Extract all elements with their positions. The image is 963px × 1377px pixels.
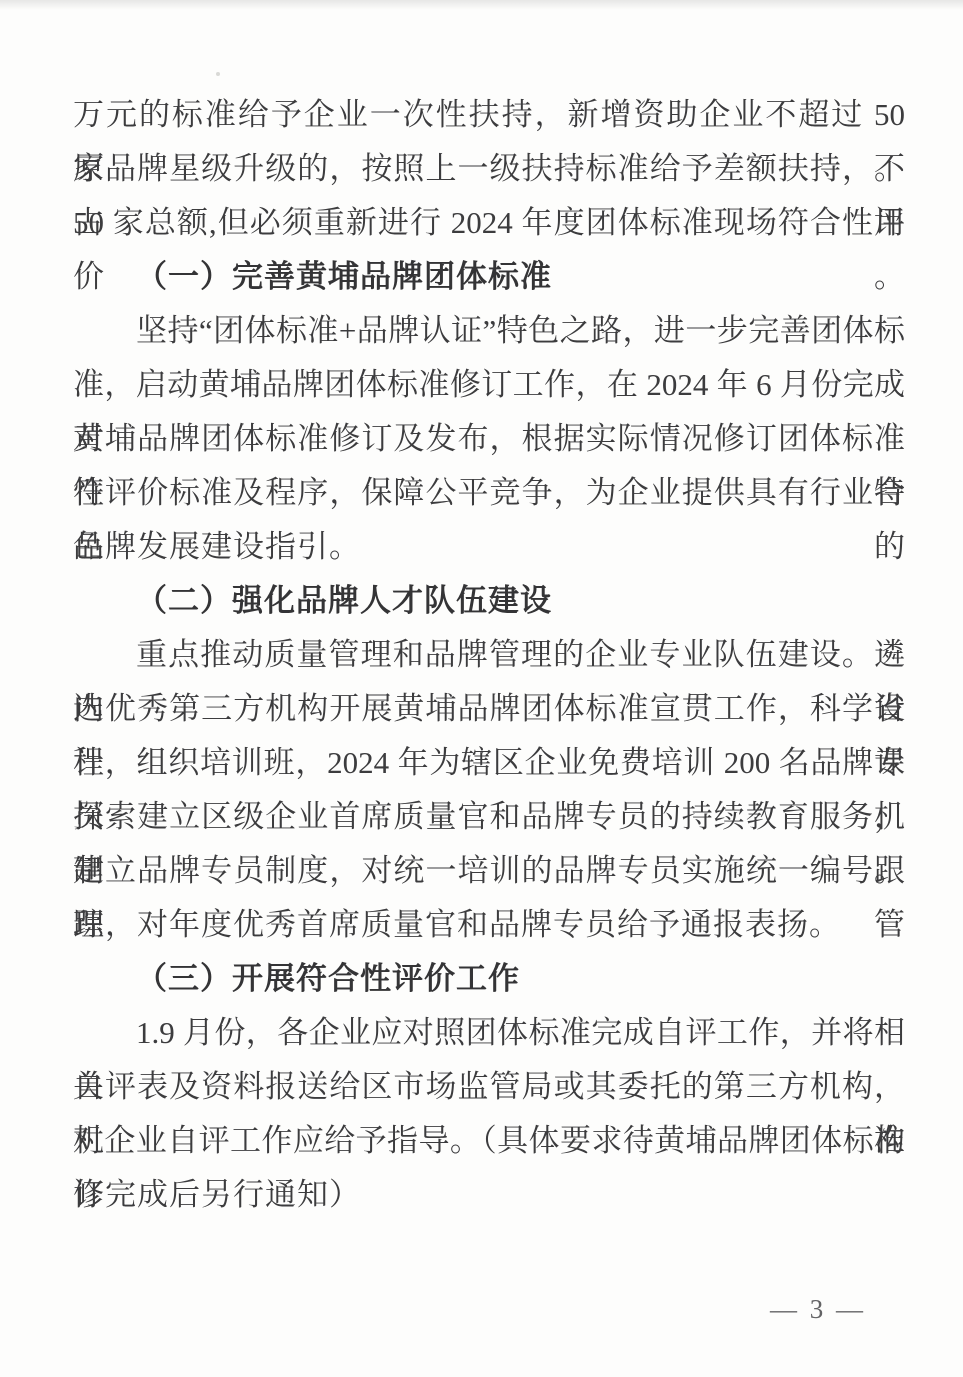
text-line: 探索建立区级企业首席质量官和品牌专员的持续教育服务机制。	[73, 790, 905, 844]
text-line: 原品牌星级升级的，按照上一级扶持标准给予差额扶持，不占用	[73, 142, 905, 196]
text-line: 理，对年度优秀首席质量官和品牌专员给予通报表扬。	[73, 898, 905, 952]
document-body: 万元的标准给予企业一次性扶持，新增资助企业不超过 50 家。原品牌星级升级的，按…	[73, 88, 905, 1222]
text-line: 自评表及资料报送给区市场监管局或其委托的第三方机构，机构	[73, 1060, 905, 1114]
text-line: 内优秀第三方机构开展黄埔品牌团体标准宣贯工作，科学设计课	[73, 682, 905, 736]
text-line: 建立品牌专员制度，对统一培训的品牌专员实施统一编号跟踪管	[73, 844, 905, 898]
text-line: 准，启动黄埔品牌团体标准修订工作，在 2024 年 6 月份完成对	[73, 358, 905, 412]
text-line: 性评价标准及程序，保障公平竞争，为企业提供具有行业特色的	[73, 466, 905, 520]
text-line: 1.9 月份，各企业应对照团体标准完成自评工作，并将相关	[73, 1006, 905, 1060]
document-page: 万元的标准给予企业一次性扶持，新增资助企业不超过 50 家。原品牌星级升级的，按…	[0, 0, 963, 1377]
text-line: 万元的标准给予企业一次性扶持，新增资助企业不超过 50 家。	[73, 88, 905, 142]
text-line: 黄埔品牌团体标准修订及发布，根据实际情况修订团体标准符合	[73, 412, 905, 466]
text-line: 50 家总额,但必须重新进行 2024 年度团体标准现场符合性评价。	[73, 196, 905, 250]
text-line: 订完成后另行通知）	[73, 1168, 905, 1222]
scan-speck	[216, 72, 220, 76]
page-number: — 3 —	[770, 1294, 866, 1325]
text-line: 对企业自评工作应给予指导。（具体要求待黄埔品牌团体标准修	[73, 1114, 905, 1168]
text-line: 重点推动质量管理和品牌管理的企业专业队伍建设。遴选省	[73, 628, 905, 682]
section-heading: （三）开展符合性评价工作	[73, 952, 905, 1006]
section-heading: （二）强化品牌人才队伍建设	[73, 574, 905, 628]
text-line: 程，组织培训班，2024 年为辖区企业免费培训 200 名品牌专员，	[73, 736, 905, 790]
text-line: 坚持“团体标准+品牌认证”特色之路，进一步完善团体标	[73, 304, 905, 358]
